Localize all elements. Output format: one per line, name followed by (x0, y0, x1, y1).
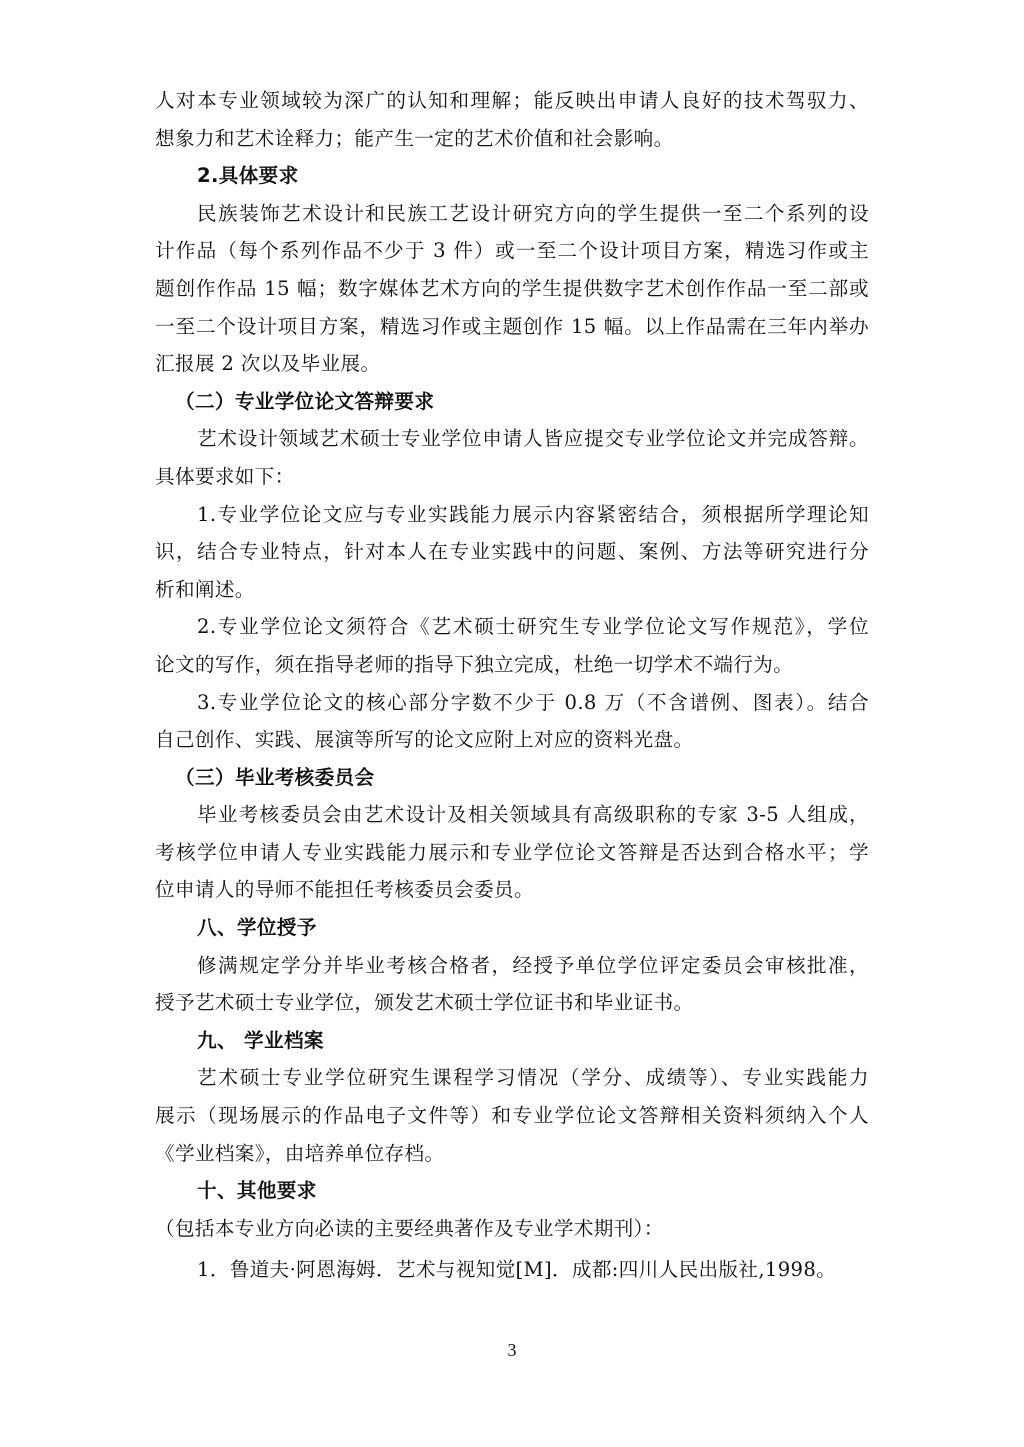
paragraph-line: 自己创作、实践、展演等所写的论文应附上对应的资料光盘。 (155, 721, 869, 759)
paragraph-line: 题创作作品 15 幅；数字媒体艺术方向的学生提供数字艺术创作作品一至二部或 (155, 270, 869, 308)
paragraph-line: 汇报展 2 次以及毕业展。 (155, 345, 869, 383)
section-heading-specific-requirements: 2.具体要求 (155, 157, 869, 195)
section-heading-thesis-defense: （二）专业学位论文答辩要求 (155, 383, 869, 421)
paragraph-line: 考核学位申请人专业实践能力展示和专业学位论文答辩是否达到合格水平；学 (155, 834, 869, 872)
paragraph-line: 《学业档案》，由培养单位存档。 (155, 1135, 869, 1173)
list-item-line: 1.专业学位论文应与专业实践能力展示内容紧密结合，须根据所学理论知 (155, 496, 869, 534)
paragraph-line: 毕业考核委员会由艺术设计及相关领域具有高级职称的专家 3-5 人组成， (155, 796, 869, 834)
paragraph-line: 民族装饰艺术设计和民族工艺设计研究方向的学生提供一至二个系列的设 (155, 195, 869, 233)
page-number: 3 (0, 1340, 1024, 1361)
paragraph-line: 展示（现场展示的作品电子文件等）和专业学位论文答辩相关资料须纳入个人 (155, 1097, 869, 1135)
section-heading-degree-conferral: 八、学位授予 (155, 909, 869, 947)
paragraph-line: 艺术硕士专业学位研究生课程学习情况（学分、成绩等）、专业实践能力 (155, 1059, 869, 1097)
list-item-line: 2.专业学位论文须符合《艺术硕士研究生专业学位论文写作规范》，学位 (155, 608, 869, 646)
paragraph-line: 艺术设计领域艺术硕士专业学位申请人皆应提交专业学位论文并完成答辩。 (155, 420, 869, 458)
page-content: 人对本专业领域较为深广的认知和理解；能反映出申请人良好的技术驾驭力、 想象力和艺… (155, 82, 869, 1289)
reference-item: 1．鲁道夫·阿恩海姆．艺术与视知觉[M]．成都:四川人民出版社,1998。 (155, 1251, 869, 1289)
paragraph-line: 位申请人的导师不能担任考核委员会委员。 (155, 871, 869, 909)
paragraph-line: 授予艺术硕士专业学位，颁发艺术硕士学位证书和毕业证书。 (155, 984, 869, 1022)
section-heading-committee: （三）毕业考核委员会 (155, 759, 869, 797)
paragraph-line: 一至二个设计项目方案，精选习作或主题创作 15 幅。以上作品需在三年内举办 (155, 308, 869, 346)
section-heading-academic-records: 九、 学业档案 (155, 1022, 869, 1060)
paragraph-line: （包括本专业方向必读的主要经典著作及专业学术期刊）： (155, 1210, 869, 1248)
paragraph-line: 析和阐述。 (155, 571, 869, 609)
paragraph-line: 识，结合专业特点，针对本人在专业实践中的问题、案例、方法等研究进行分 (155, 533, 869, 571)
paragraph-line: 具体要求如下： (155, 458, 869, 496)
paragraph-line: 人对本专业领域较为深广的认知和理解；能反映出申请人良好的技术驾驭力、 (155, 82, 869, 120)
paragraph-line: 论文的写作，须在指导老师的指导下独立完成，杜绝一切学术不端行为。 (155, 646, 869, 684)
paragraph-line: 修满规定学分并毕业考核合格者，经授予单位学位评定委员会审核批准， (155, 947, 869, 985)
document-page: 人对本专业领域较为深广的认知和理解；能反映出申请人良好的技术驾驭力、 想象力和艺… (0, 0, 1024, 1447)
paragraph-line: 想象力和艺术诠释力；能产生一定的艺术价值和社会影响。 (155, 120, 869, 158)
paragraph-line: 计作品（每个系列作品不少于 3 件）或一至二个设计项目方案，精选习作或主 (155, 232, 869, 270)
list-item-line: 3.专业学位论文的核心部分字数不少于 0.8 万（不含谱例、图表）。结合 (155, 684, 869, 722)
section-heading-other-requirements: 十、其他要求 (155, 1172, 869, 1210)
